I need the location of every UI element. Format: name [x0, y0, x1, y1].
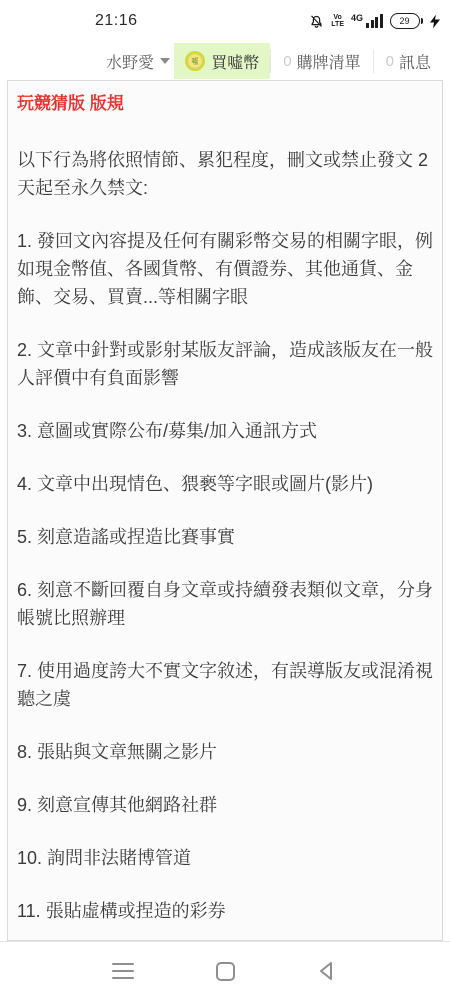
network-type-label: 4G	[351, 13, 363, 23]
rule-item: 3. 意圖或實際公布/募集/加入通訊方式	[17, 417, 433, 445]
user-name: 水野愛	[106, 50, 154, 73]
battery-icon: 29	[390, 13, 424, 29]
volte-text-bottom: LTE	[331, 21, 344, 28]
page-title: 玩競猜版 版規	[17, 89, 433, 114]
status-icons: Vo LTE 4G 29	[309, 13, 440, 29]
rule-item: 11. 張貼虛構或捏造的彩券	[17, 897, 433, 925]
rule-item: 1. 發回文內容提及任何有關彩幣交易的相關字眼，例如現金幣值、各國貨幣、有價證券…	[17, 227, 433, 311]
volte-icon: Vo LTE	[331, 14, 344, 28]
battery-percent: 29	[399, 16, 409, 26]
card-list-count: 0	[283, 53, 291, 70]
rule-item: 6. 刻意不斷回覆自身文章或持續發表類似文章，分身帳號比照辦理	[17, 576, 433, 632]
menu-icon	[112, 963, 134, 979]
rule-item: 8. 張貼與文章無關之影片	[17, 738, 433, 766]
rules-intro: 以下行為將依照情節、累犯程度，刪文或禁止發文 2 天起至永久禁文:	[17, 146, 433, 202]
rules-list: 以下行為將依照情節、累犯程度，刪文或禁止發文 2 天起至永久禁文: 1. 發回文…	[17, 146, 433, 925]
mute-bell-icon	[309, 14, 324, 29]
messages-label: 訊息	[399, 50, 431, 73]
signal-bars-icon	[366, 14, 383, 28]
card-list-button[interactable]: 0 購牌清單	[271, 50, 372, 73]
rule-item: 9. 刻意宣傳其他網路社群	[17, 791, 433, 819]
back-icon	[316, 960, 338, 982]
signal-strength-icon: 4G	[351, 14, 383, 28]
back-button[interactable]	[315, 959, 339, 983]
coin-glyph: 噓	[192, 56, 199, 66]
messages-button[interactable]: 0 訊息	[374, 50, 443, 73]
android-nav-bar	[0, 941, 450, 1000]
status-bar: 21:16 Vo LTE 4G 29	[0, 0, 450, 42]
site-nav-bar: 水野愛 噓 買噓幣 0 購牌清單 0 訊息	[0, 42, 450, 80]
nav-actions: 噓 買噓幣 0 購牌清單 0 訊息	[174, 43, 443, 79]
clock: 21:16	[95, 12, 138, 30]
user-dropdown[interactable]: 水野愛	[106, 50, 170, 73]
board-rules-panel: 玩競猜版 版規 以下行為將依照情節、累犯程度，刪文或禁止發文 2 天起至永久禁文…	[7, 80, 443, 941]
buy-coin-button[interactable]: 噓 買噓幣	[174, 43, 270, 79]
rule-item: 10. 詢問非法賭博管道	[17, 844, 433, 872]
charging-bolt-icon	[430, 14, 440, 29]
coin-icon: 噓	[185, 51, 205, 71]
chevron-down-icon	[160, 58, 170, 64]
card-list-label: 購牌清單	[297, 50, 361, 73]
rule-item: 7. 使用過度誇大不實文字敘述，有誤導版友或混淆視聽之虞	[17, 657, 433, 713]
home-button[interactable]	[213, 959, 237, 983]
rule-item: 2. 文章中針對或影射某版友評論，造成該版友在一般人評價中有負面影響	[17, 336, 433, 392]
rule-item: 4. 文章中出現情色、猥褻等字眼或圖片(影片)	[17, 470, 433, 498]
volte-text-top: Vo	[333, 14, 341, 21]
rule-item: 5. 刻意造謠或捏造比賽事實	[17, 523, 433, 551]
recents-button[interactable]	[111, 959, 135, 983]
phone-screen: 21:16 Vo LTE 4G 29	[0, 0, 450, 1000]
buy-coin-label: 買噓幣	[211, 50, 259, 73]
messages-count: 0	[386, 53, 394, 70]
home-icon	[216, 962, 235, 981]
